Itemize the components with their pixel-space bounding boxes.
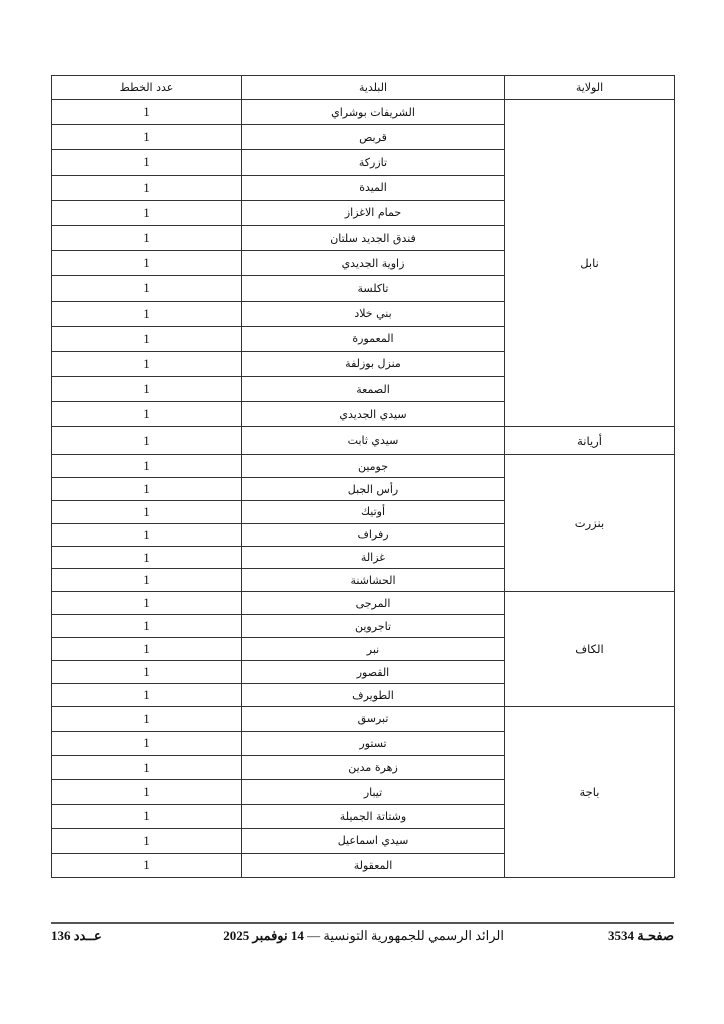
- municipality-cell: القصور: [242, 661, 505, 684]
- plan-count-cell: 1: [52, 501, 242, 524]
- governorate-cell: أريانة: [505, 427, 675, 455]
- municipality-cell: تيبار: [242, 780, 505, 804]
- plan-count-cell: 1: [52, 200, 242, 225]
- plan-count-cell: 1: [52, 780, 242, 804]
- municipality-cell: رفراف: [242, 523, 505, 546]
- plan-count-cell: 1: [52, 546, 242, 569]
- plan-count-cell: 1: [52, 684, 242, 707]
- footer-issue: عــدد 136: [51, 928, 102, 944]
- municipality-cell: تاجروين: [242, 615, 505, 638]
- municipality-cell: فندق الجديد سلتان: [242, 225, 505, 250]
- municipality-cell: تازركة: [242, 150, 505, 175]
- municipality-cell: سيدي اسماعيل: [242, 829, 505, 853]
- table-row: الكافالمرجى1: [52, 592, 675, 615]
- municipality-cell: رأس الجبل: [242, 478, 505, 501]
- plan-count-cell: 1: [52, 175, 242, 200]
- municipality-cell: زهرة مدين: [242, 756, 505, 780]
- plan-count-cell: 1: [52, 804, 242, 828]
- plan-count-cell: 1: [52, 251, 242, 276]
- issue-label: عــدد: [74, 928, 102, 943]
- table-body: نابلالشريفات بوشراي1قربص1تازركة1الميدة1ح…: [52, 100, 675, 878]
- table-row: أريانةسيدي ثابت1: [52, 427, 675, 455]
- plan-count-cell: 1: [52, 402, 242, 427]
- municipality-cell: المعمورة: [242, 326, 505, 351]
- municipality-cell: الميدة: [242, 175, 505, 200]
- table-row: بنزرتجومين1: [52, 455, 675, 478]
- header-municipality: البلدية: [242, 76, 505, 100]
- plan-count-cell: 1: [52, 756, 242, 780]
- issue-number: 136: [51, 928, 71, 943]
- plan-count-cell: 1: [52, 100, 242, 125]
- municipality-cell: سيدي ثابت: [242, 427, 505, 455]
- plan-count-cell: 1: [52, 455, 242, 478]
- plan-count-cell: 1: [52, 661, 242, 684]
- municipality-cell: وشتاتة الجميلة: [242, 804, 505, 828]
- municipality-cell: المرجى: [242, 592, 505, 615]
- plan-count-cell: 1: [52, 592, 242, 615]
- table-row: نابلالشريفات بوشراي1: [52, 100, 675, 125]
- municipality-cell: تستور: [242, 731, 505, 755]
- plan-count-cell: 1: [52, 150, 242, 175]
- municipality-cell: الحشاشنة: [242, 569, 505, 592]
- municipality-cell: غزالة: [242, 546, 505, 569]
- publication-name: الرائد الرسمي للجمهورية التونسية —: [307, 928, 504, 943]
- municipality-cell: المعقولة: [242, 853, 505, 877]
- plan-count-cell: 1: [52, 351, 242, 376]
- plan-count-cell: 1: [52, 326, 242, 351]
- municipality-cell: زاوية الجديدي: [242, 251, 505, 276]
- municipality-cell: جومين: [242, 455, 505, 478]
- table-row: باجةتبرسق1: [52, 707, 675, 731]
- plan-count-cell: 1: [52, 569, 242, 592]
- governorate-cell: بنزرت: [505, 455, 675, 592]
- municipality-cell: حمام الاغزاز: [242, 200, 505, 225]
- municipality-cell: الطويرف: [242, 684, 505, 707]
- municipality-cell: الصمعة: [242, 377, 505, 402]
- plan-count-cell: 1: [52, 523, 242, 546]
- municipality-cell: نبر: [242, 638, 505, 661]
- municipality-cell: بني خلاد: [242, 301, 505, 326]
- footer-publication: الرائد الرسمي للجمهورية التونسية — 14 نو…: [223, 928, 504, 944]
- municipality-cell: أوتيك: [242, 501, 505, 524]
- header-plan-count: عدد الخطط: [52, 76, 242, 100]
- date-day: 14: [291, 928, 304, 943]
- municipality-cell: قربص: [242, 125, 505, 150]
- plan-count-cell: 1: [52, 853, 242, 877]
- governorate-cell: نابل: [505, 100, 675, 427]
- municipal-plans-table: الولاية البلدية عدد الخطط نابلالشريفات ب…: [51, 75, 675, 878]
- municipality-cell: تاكلسة: [242, 276, 505, 301]
- plan-count-cell: 1: [52, 225, 242, 250]
- page-label: صفحـة: [637, 928, 674, 943]
- municipality-cell: منزل بوزلفة: [242, 351, 505, 376]
- plan-count-cell: 1: [52, 301, 242, 326]
- plan-count-cell: 1: [52, 615, 242, 638]
- page-footer: صفحـة 3534 الرائد الرسمي للجمهورية التون…: [51, 928, 674, 948]
- plan-count-cell: 1: [52, 638, 242, 661]
- plan-count-cell: 1: [52, 829, 242, 853]
- municipality-cell: الشريفات بوشراي: [242, 100, 505, 125]
- plan-count-cell: 1: [52, 478, 242, 501]
- header-governorate: الولاية: [505, 76, 675, 100]
- table-header-row: الولاية البلدية عدد الخطط: [52, 76, 675, 100]
- date-month-year: نوفمبر 2025: [223, 928, 287, 943]
- municipality-cell: تبرسق: [242, 707, 505, 731]
- footer-divider: [51, 922, 674, 924]
- plan-count-cell: 1: [52, 707, 242, 731]
- plan-count-cell: 1: [52, 276, 242, 301]
- municipality-cell: سيدي الجديدي: [242, 402, 505, 427]
- governorate-cell: الكاف: [505, 592, 675, 707]
- plan-count-cell: 1: [52, 427, 242, 455]
- page-number: 3534: [608, 928, 634, 943]
- footer-page: صفحـة 3534: [608, 928, 674, 944]
- plan-count-cell: 1: [52, 731, 242, 755]
- plan-count-cell: 1: [52, 377, 242, 402]
- plan-count-cell: 1: [52, 125, 242, 150]
- governorate-cell: باجة: [505, 707, 675, 878]
